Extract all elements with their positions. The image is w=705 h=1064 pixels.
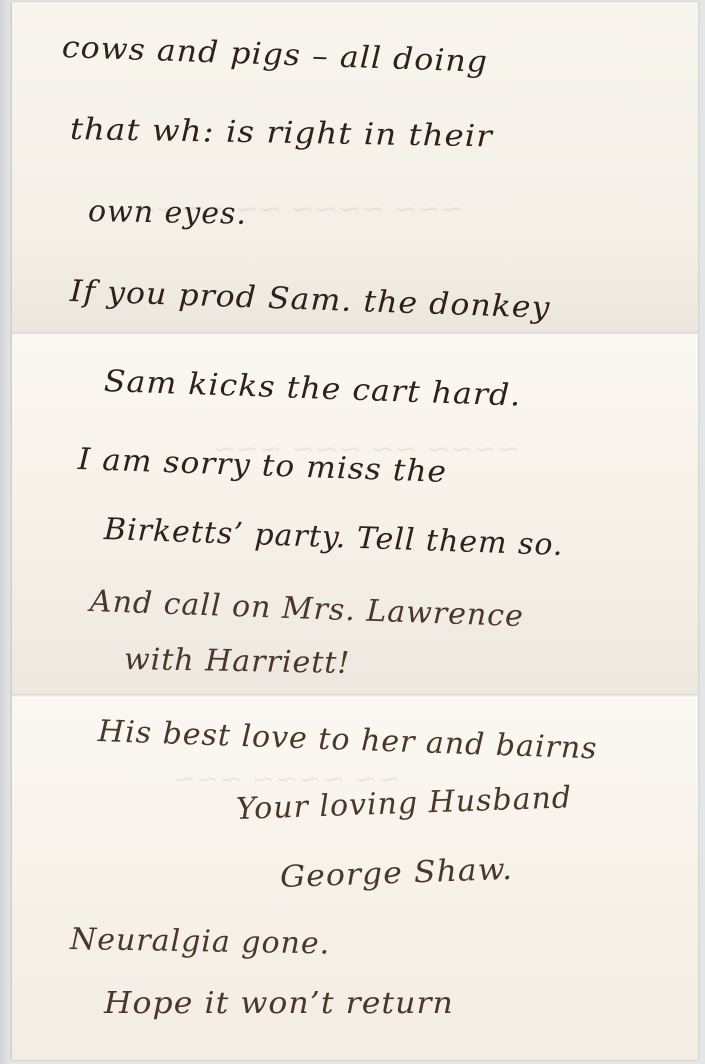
letter-line-3: own eyes.: [88, 194, 248, 232]
letter-line-9: with Harriett!: [124, 642, 351, 681]
fold-crease-lower: [12, 694, 698, 697]
postscript-line-2: Hope it won’t return: [104, 986, 454, 1021]
postscript-line-1: Neuralgia gone.: [70, 922, 331, 962]
letter-line-2: that wh: is right in their: [70, 112, 493, 154]
letter-page: ~~~ ~~~~ ~~ ~~~~ ~~~~ ~~ ~~~ ~~~ ~~ ~~~~…: [12, 2, 698, 1060]
fold-crease-upper: [12, 332, 698, 335]
